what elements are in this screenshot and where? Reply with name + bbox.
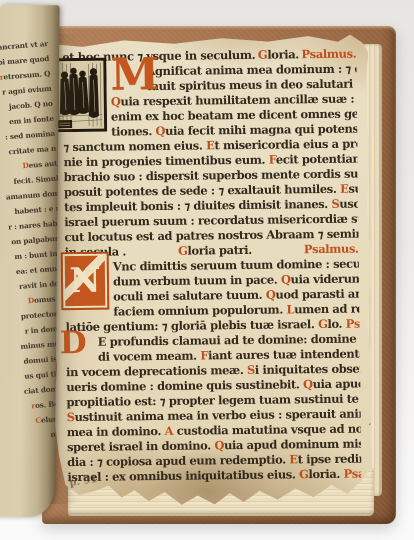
verso-fragments: ancrant vt arnbi mare quodretrorsum. Qr … <box>0 35 60 444</box>
visitation-woodcut <box>52 58 107 133</box>
verso-page-strip: ancrant vt arnbi mare quodretrorsum. Qr … <box>0 5 60 518</box>
book-photograph: et hoc nunc ⁊ vsque in seculum.Gloria.Ps… <box>0 0 414 540</box>
text-line: israel : ex omnibus iniquitatibus eius. … <box>67 467 361 486</box>
initial-m-magnificat: M <box>110 53 145 99</box>
recto-page: et hoc nunc ⁊ vsque in seculum.Gloria.Ps… <box>46 32 374 506</box>
initial-n-nunc-dimittis: N <box>61 252 110 311</box>
initial-d-de-profundis: D <box>60 328 90 360</box>
